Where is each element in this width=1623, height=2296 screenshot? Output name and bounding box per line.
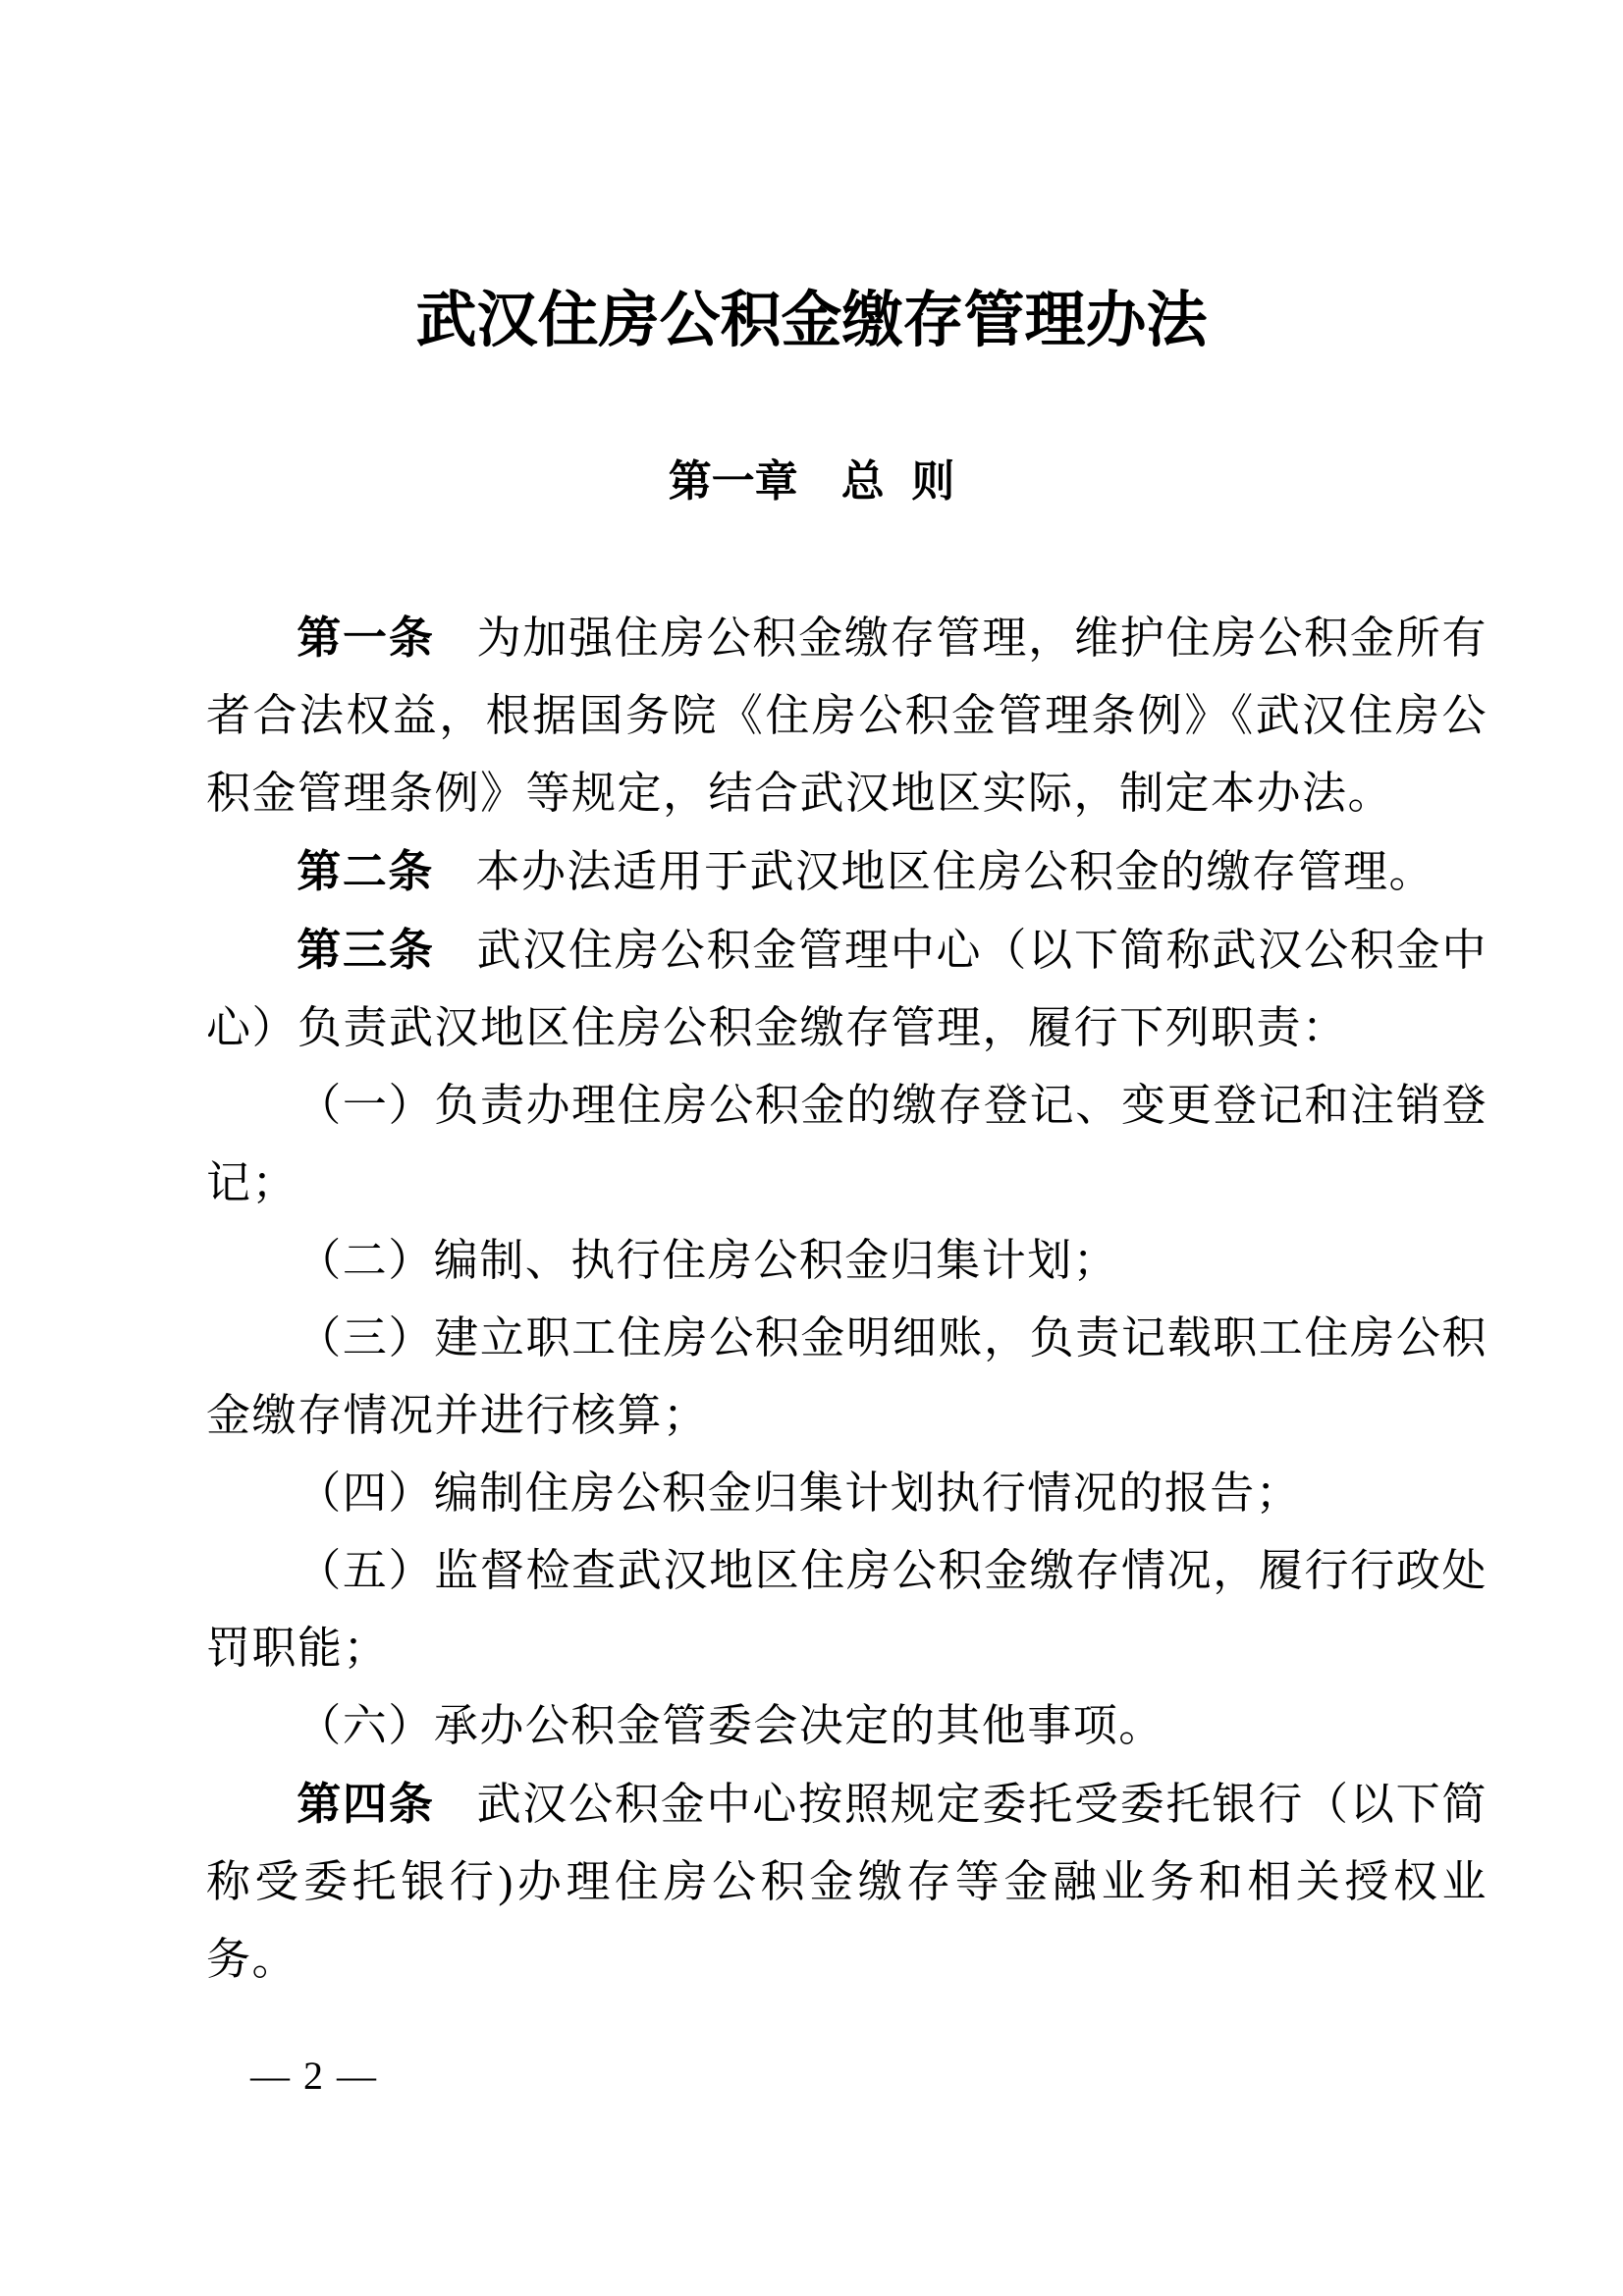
article-text: （二）编制、执行住房公积金归集计划； <box>297 1236 1118 1285</box>
article-list-item: （一）负责办理住房公积金的缴存登记、变更登记和注销登记； <box>206 1067 1488 1222</box>
article-list-item: （四）编制住房公积金归集计划执行情况的报告； <box>206 1455 1488 1532</box>
article-text: （六）承办公积金管委会决定的其他事项。 <box>297 1701 1164 1750</box>
article-list-item: （五）监督检查武汉地区住房公积金缴存情况，履行行政处罚职能； <box>206 1532 1488 1687</box>
article-label: 第一条 <box>297 613 434 663</box>
article-text: （三）建立职工住房公积金明细账，负责记载职工住房公积金缴存情况并进行核算； <box>206 1313 1488 1440</box>
document-page: 武汉住房公积金缴存管理办法 第一章总 则 第一条为加强住房公积金缴存管理，维护住… <box>0 0 1623 2296</box>
article-paragraph: 第二条本办法适用于武汉地区住房公积金的缴存管理。 <box>206 832 1488 911</box>
article-paragraph: 第三条武汉住房公积金管理中心（以下简称武汉公积金中心）负责武汉地区住房公积金缴存… <box>206 911 1488 1067</box>
article-label: 第四条 <box>297 1779 434 1829</box>
article-list-item: （六）承办公积金管委会决定的其他事项。 <box>206 1687 1488 1765</box>
article-label: 第三条 <box>297 925 434 975</box>
chapter-number: 第一章 <box>669 457 798 506</box>
article-paragraph: 第四条武汉公积金中心按照规定委托受委托银行（以下简称受委托银行)办理住房公积金缴… <box>206 1765 1488 1999</box>
article-text: 本办法适用于武汉地区住房公积金的缴存管理。 <box>476 847 1435 896</box>
document-body: 第一条为加强住房公积金缴存管理，维护住房公积金所有者合法权益，根据国务院《住房公… <box>206 599 1488 1999</box>
article-list-item: （三）建立职工住房公积金明细账，负责记载职工住房公积金缴存情况并进行核算； <box>206 1300 1488 1455</box>
chapter-heading: 第一章总 则 <box>0 457 1623 507</box>
article-label: 第二条 <box>297 846 434 896</box>
page-number: — 2 — <box>250 2054 378 2099</box>
chapter-title: 总 则 <box>841 457 955 506</box>
article-text: （一）负责办理住房公积金的缴存登记、变更登记和注销登记； <box>206 1081 1488 1207</box>
article-list-item: （二）编制、执行住房公积金归集计划； <box>206 1222 1488 1300</box>
document-title: 武汉住房公积金缴存管理办法 <box>0 285 1623 357</box>
article-paragraph: 第一条为加强住房公积金缴存管理，维护住房公积金所有者合法权益，根据国务院《住房公… <box>206 599 1488 832</box>
article-text: （四）编制住房公积金归集计划执行情况的报告； <box>297 1468 1301 1518</box>
article-text: （五）监督检查武汉地区住房公积金缴存情况，履行行政处罚职能； <box>206 1546 1488 1673</box>
